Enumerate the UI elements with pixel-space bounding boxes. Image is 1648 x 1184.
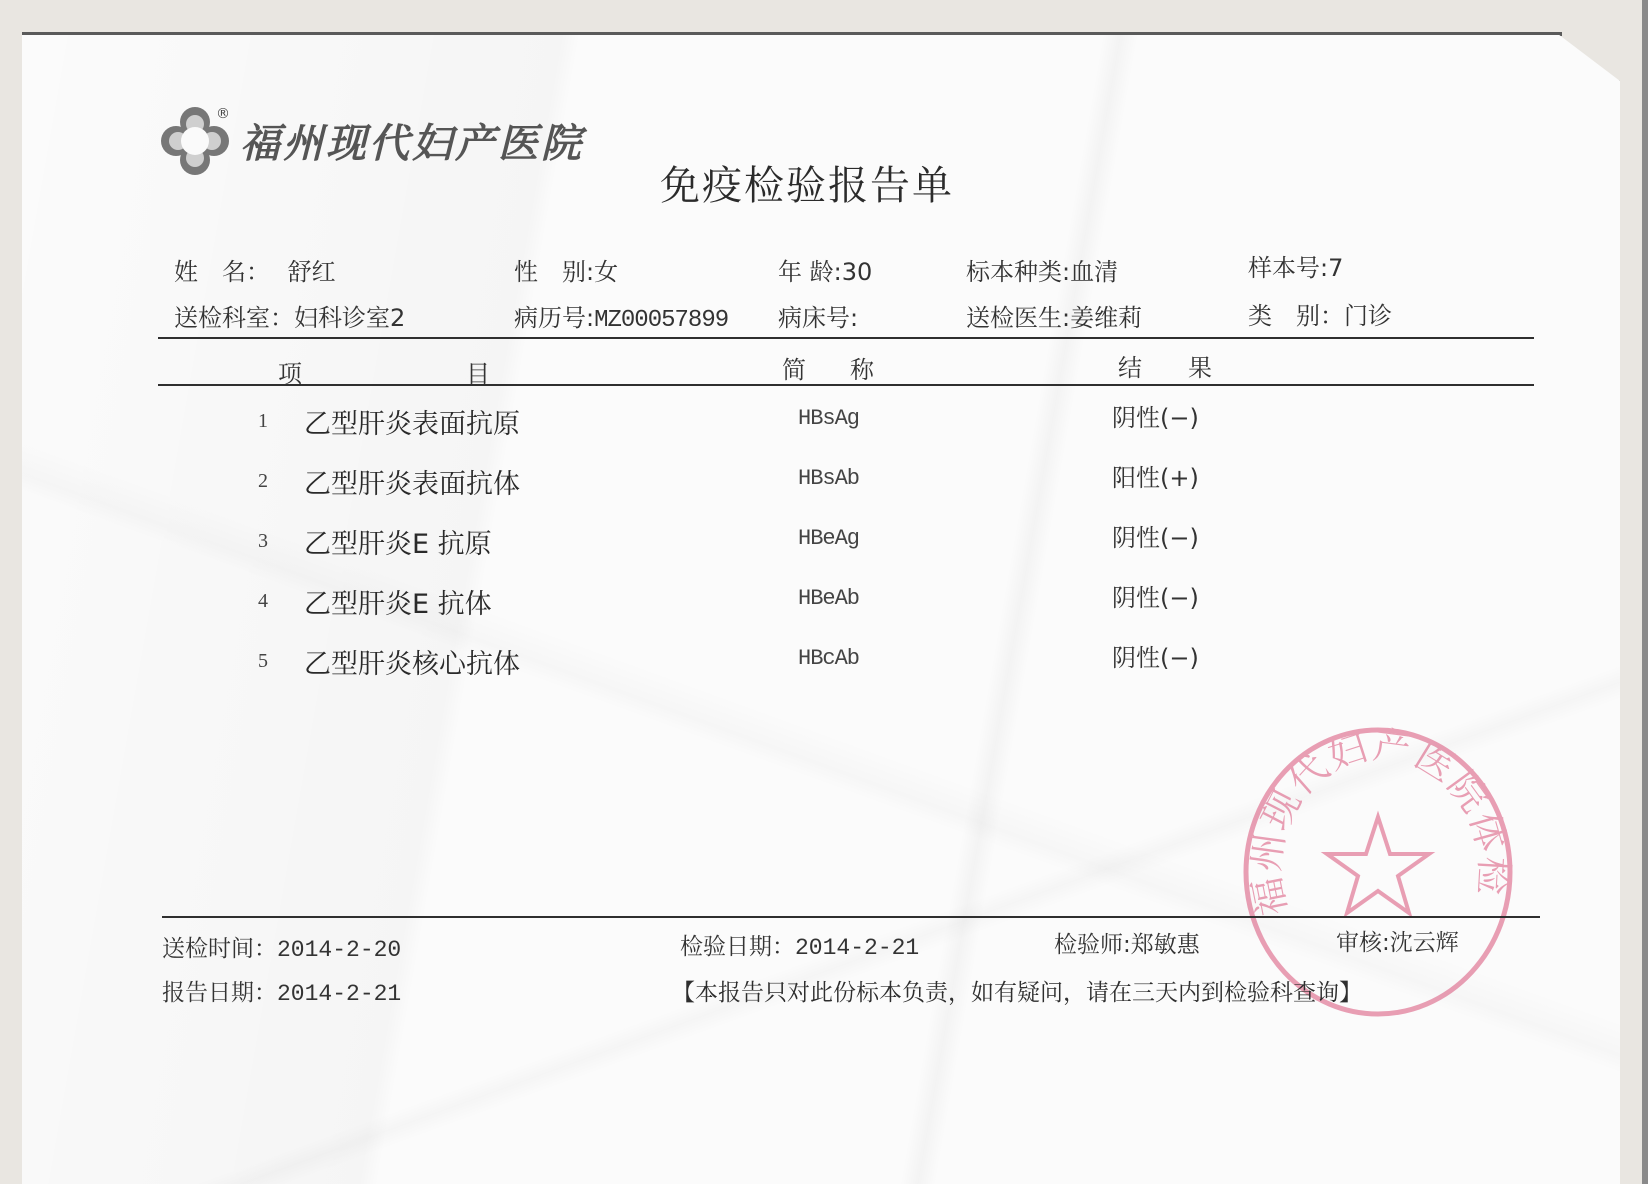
department-value: 妇科诊室2 — [294, 304, 405, 332]
test-item-name: 乙型肝炎E 抗原 — [304, 522, 492, 561]
test-result: 阳性(+) — [1112, 458, 1199, 493]
sample-number-value: 7 — [1328, 254, 1343, 282]
reviewer-field: 审核:沈云辉 — [1336, 924, 1459, 957]
test-date-value: 2014-2-21 — [795, 935, 919, 961]
technician-label: 检验师: — [1054, 932, 1131, 958]
record-number-field: 病历号:MZ00057899 — [514, 298, 728, 334]
report-date-value: 2014-2-21 — [277, 981, 401, 1007]
gender-value: 女 — [594, 258, 618, 286]
test-item-name: 乙型肝炎表面抗体 — [304, 462, 520, 501]
col-item-1: 项 — [278, 354, 302, 389]
table-top-rule — [158, 337, 1534, 339]
sample-number-field: 样本号:7 — [1248, 248, 1343, 283]
col-abbr-1: 简 — [782, 350, 806, 385]
bed-number-field: 病床号: — [778, 298, 858, 333]
scanner-right-edge — [1642, 0, 1648, 1184]
col-abbr-2: 称 — [850, 350, 874, 385]
specimen-type-label: 标本种类: — [966, 258, 1070, 286]
record-number-value: MZ00057899 — [594, 307, 728, 334]
age-field: 年 龄:30 — [778, 252, 872, 287]
report-date-field: 报告日期：2014-2-21 — [162, 974, 401, 1007]
doctor-label: 送检医生: — [966, 304, 1070, 332]
report-date-label: 报告日期： — [162, 980, 277, 1006]
row-number: 2 — [258, 470, 268, 493]
test-abbreviation: HBsAg — [798, 406, 859, 431]
test-date-field: 检验日期：2014-2-21 — [680, 928, 919, 961]
record-number-label: 病历号: — [514, 304, 594, 332]
table-header-rule — [158, 384, 1534, 386]
hospital-name: 福州现代妇产医院 — [240, 112, 584, 169]
col-item-2: 目 — [466, 354, 490, 389]
test-result: 阴性(−) — [1112, 518, 1199, 553]
test-result: 阴性(−) — [1112, 398, 1199, 433]
registered-mark: ® — [216, 106, 230, 122]
doctor-value: 姜维莉 — [1070, 304, 1142, 332]
technician-value: 郑敏惠 — [1131, 932, 1200, 958]
submit-time-field: 送检时间：2014-2-20 — [162, 930, 401, 963]
test-abbreviation: HBeAg — [798, 526, 859, 551]
test-date-label: 检验日期： — [680, 934, 795, 960]
test-abbreviation: HBcAb — [798, 646, 859, 671]
col-result-2: 果 — [1188, 348, 1212, 383]
patient-name-label: 姓 名： — [174, 258, 270, 286]
reviewer-label: 审核: — [1336, 930, 1390, 956]
row-number: 5 — [258, 650, 268, 673]
disclaimer-notice: 【本报告只对此份标本负责，如有疑问，请在三天内到检验科查询】 — [672, 974, 1362, 1007]
test-abbreviation: HBsAb — [798, 466, 859, 491]
age-label: 年 龄: — [778, 258, 842, 286]
report-title: 免疫检验报告单 — [660, 154, 954, 211]
row-number: 4 — [258, 590, 268, 613]
specimen-type-field: 标本种类:血清 — [966, 252, 1118, 287]
test-result: 阴性(−) — [1112, 578, 1199, 613]
patient-name-value: 舒红 — [288, 258, 336, 286]
footer-rule — [162, 916, 1540, 918]
gender-label: 性 别: — [514, 258, 594, 286]
test-result: 阴性(−) — [1112, 638, 1199, 673]
doctor-field: 送检医生:姜维莉 — [966, 298, 1142, 333]
technician-field: 检验师:郑敏惠 — [1054, 926, 1200, 959]
gender-field: 性 别:女 — [514, 252, 618, 287]
row-number: 1 — [258, 410, 268, 433]
test-item-name: 乙型肝炎E 抗体 — [304, 582, 492, 621]
test-item-name: 乙型肝炎核心抗体 — [304, 642, 520, 681]
submit-time-value: 2014-2-20 — [277, 937, 401, 963]
category-field: 类 别：门诊 — [1248, 296, 1392, 331]
specimen-type-value: 血清 — [1070, 258, 1118, 286]
bed-number-label: 病床号: — [778, 304, 858, 332]
category-value: 门诊 — [1344, 302, 1392, 330]
patient-name-field: 姓 名： 舒红 — [174, 252, 336, 287]
department-label: 送检科室： — [174, 304, 294, 332]
col-result-1: 结 — [1118, 348, 1142, 383]
sample-number-label: 样本号: — [1248, 254, 1328, 282]
row-number: 3 — [258, 530, 268, 553]
submit-time-label: 送检时间： — [162, 936, 277, 962]
department-field: 送检科室：妇科诊室2 — [174, 298, 405, 333]
category-label: 类 别： — [1248, 302, 1344, 330]
test-item-name: 乙型肝炎表面抗原 — [304, 402, 520, 441]
test-abbreviation: HBeAb — [798, 586, 859, 611]
age-value: 30 — [842, 258, 873, 286]
reviewer-value: 沈云辉 — [1390, 930, 1459, 956]
